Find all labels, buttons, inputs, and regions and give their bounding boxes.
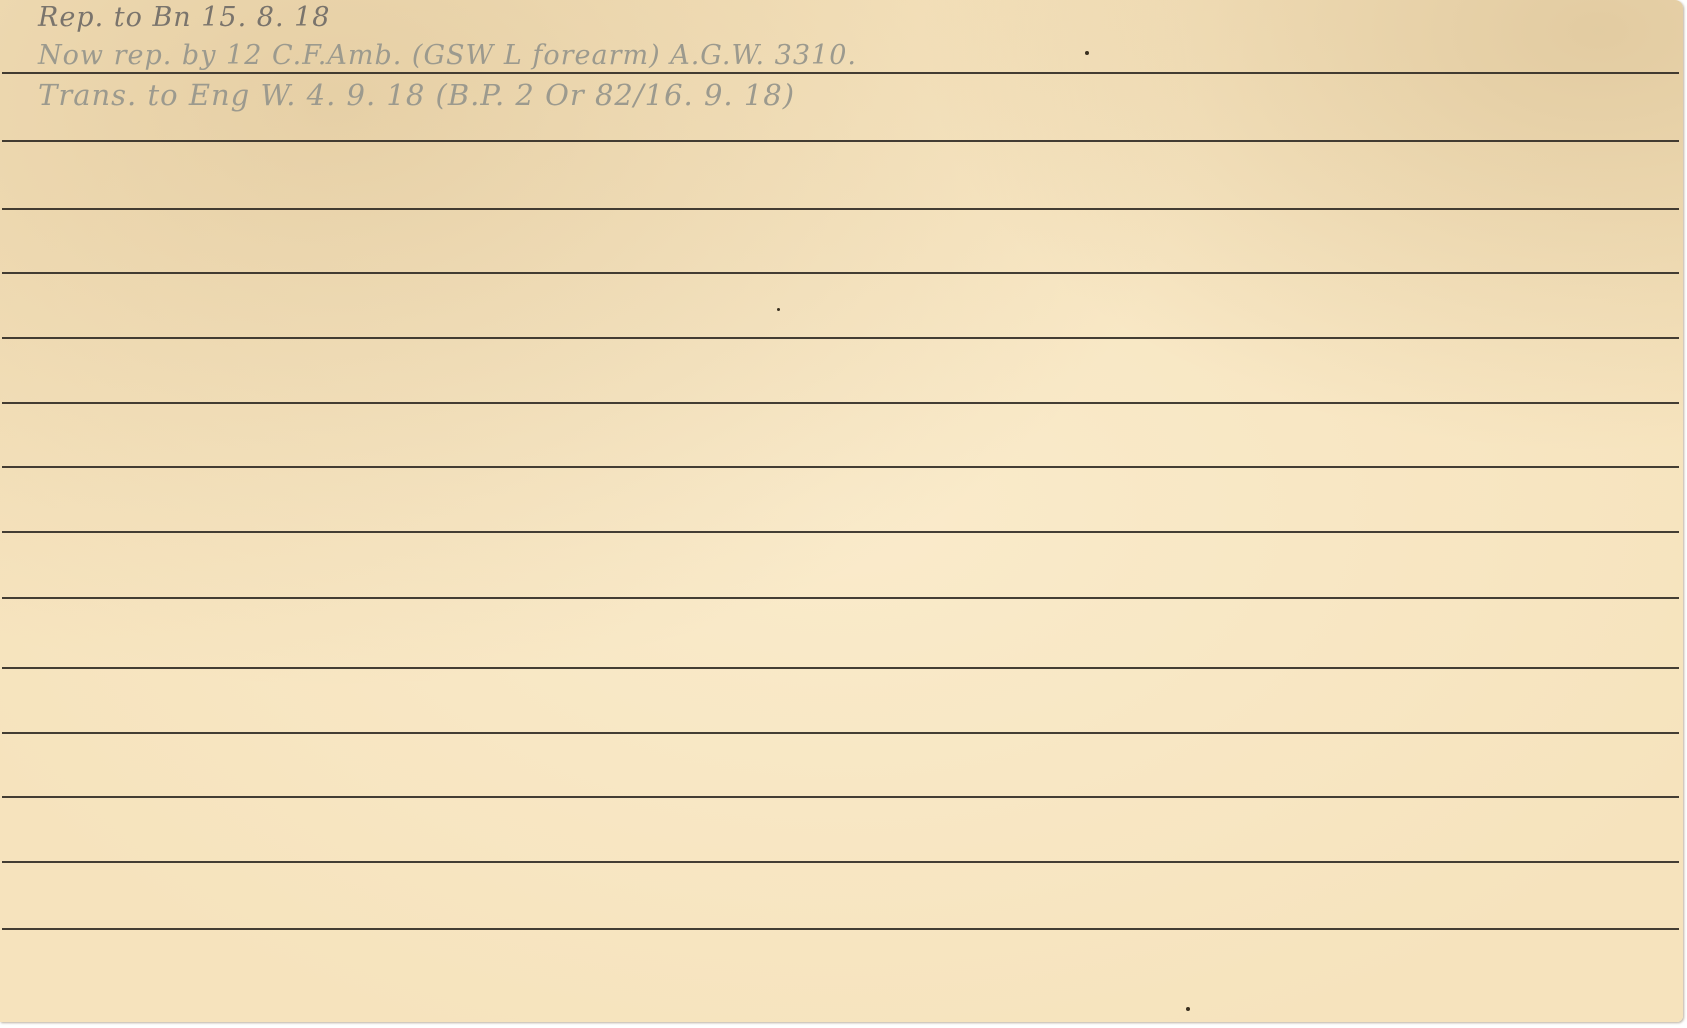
ruled-line [2, 208, 1679, 210]
ruled-line [2, 72, 1679, 74]
paper-speck [777, 308, 780, 311]
ruled-line [2, 272, 1679, 274]
paper-speck [1186, 1007, 1190, 1011]
ruled-line [2, 402, 1679, 404]
ruled-line [2, 466, 1679, 468]
index-card: Rep. to Bn 15. 8. 18 Now rep. by 12 C.F.… [0, 0, 1683, 1022]
ruled-line [2, 140, 1679, 142]
handwritten-line-1: Rep. to Bn 15. 8. 18 [38, 2, 330, 33]
ruled-line [2, 796, 1679, 798]
ruled-line [2, 732, 1679, 734]
ruled-line [2, 531, 1679, 533]
handwritten-line-3: Trans. to Eng W. 4. 9. 18 (B.P. 2 Or 82/… [38, 78, 795, 112]
ruled-line [2, 667, 1679, 669]
ruled-line [2, 861, 1679, 863]
ruled-line [2, 597, 1679, 599]
ink-dot [1085, 51, 1089, 55]
handwritten-line-2: Now rep. by 12 C.F.Amb. (GSW L forearm) … [38, 40, 857, 71]
ruled-line [2, 337, 1679, 339]
ruled-line [2, 928, 1679, 930]
